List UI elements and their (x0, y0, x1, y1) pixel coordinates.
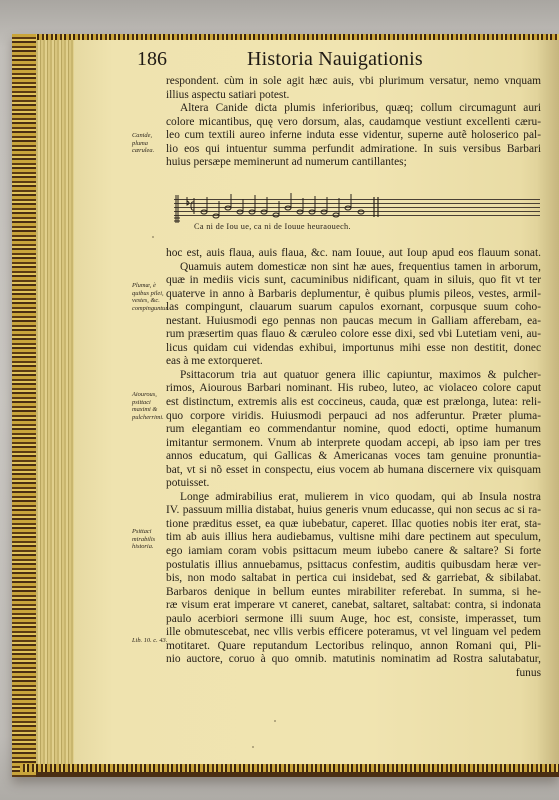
text-line: bat, vt si nõ esset in conspectu, eius v… (166, 464, 541, 478)
catchword: funus (166, 667, 541, 681)
text-line: huius persæpe meminerunt ad numerum cant… (166, 156, 541, 170)
text-line: ræ visum erat imperare vt caneret, caneb… (166, 599, 541, 613)
music-notation: Ca ni de Iou ue, ca ni de Iouue heuraoue… (166, 190, 544, 242)
music-notes-icon (166, 190, 544, 242)
text-block-2: hoc est, auis flaua, auis flaua, &c. nam… (166, 247, 541, 681)
text-line: Longe admirabilius erat, mulierem in vic… (166, 491, 541, 505)
paper-speck (252, 746, 254, 748)
text-line: paulo acerbiori sermone illi suum Auge, … (166, 613, 541, 627)
text-line: Quamuis autem domesticæ non sint hæ aues… (166, 261, 541, 275)
marginal-note: Canide, pluma cærulea. (132, 132, 168, 155)
marginal-note: Psittaci mirabilis historia. (132, 528, 168, 551)
text-line: tione præditus esset, ea quæ iubebatur, … (166, 518, 541, 532)
paper-speck (152, 236, 154, 238)
text-line: annos educatum, qui Gallicas & Americana… (166, 450, 541, 464)
text-line: las compingunt, clauarum suarum capulos … (166, 301, 541, 315)
paper-speck (274, 720, 276, 722)
text-line: hoc est, auis flaua, auis flaua, &c. nam… (166, 247, 541, 261)
text-line: Psittacorum tria aut quatuor genera illi… (166, 369, 541, 383)
text-line: tim ab auis illius hera audiebamus, vult… (166, 531, 541, 545)
text-line: illius aspectu satiari potest. (166, 89, 541, 103)
text-line: lio eos qui intuentur summa perfundit ad… (166, 143, 541, 157)
text-line: quaterve in anno à Barbaris deplumentur,… (166, 288, 541, 302)
marginal-note: Lib. 10. c. 43. (132, 637, 168, 645)
text-block-1: respondent. cùm in sole agit hæc auis, v… (166, 75, 541, 170)
text-line: rum elegantiam eo commendantur nomine, q… (166, 423, 541, 437)
text-line: imitantur sermonem. Vnum ab interprete q… (166, 437, 541, 451)
music-lyrics: Ca ni de Iou ue, ca ni de Iouue heuraoue… (194, 222, 351, 231)
text-line: est distinctum, extremis alis est coccin… (166, 396, 541, 410)
gilt-border-bottom (20, 764, 559, 772)
text-line: Altera Canide dicta plumis inferioribus,… (166, 102, 541, 116)
text-line: nestant. Huiusmodi ego pennas non paucas… (166, 315, 541, 329)
text-line: colore micantibus, quę vero dorsum, alas… (166, 116, 541, 130)
marginal-note: Aiourous, psittaci maximi & pulcherrimi. (132, 391, 168, 421)
page-edges (36, 40, 74, 764)
text-line: quæ in mediis vicis sunt, cacuminibus ni… (166, 274, 541, 288)
book-page: 186 Historia Nauigationis respondent. cù… (74, 40, 559, 764)
text-line: rum præsertim quas flauo & cæruleo color… (166, 328, 541, 342)
text-line: leo cum textili aureo inferne induta ess… (166, 129, 541, 143)
running-title: Historia Nauigationis (247, 48, 423, 71)
text-line: ego iamiam coram vobis psittacum meum iu… (166, 545, 541, 559)
text-line: nio auctore, coruo à quo omnib. matutini… (166, 653, 541, 667)
text-line: Barbaros denique in bellum euntes mirabi… (166, 586, 541, 600)
text-line: quo corpore viridis. Huiusmodi perpauci … (166, 410, 541, 424)
text-line: rimos, Aiourous Barbari nominant. His ru… (166, 382, 541, 396)
text-line: IV. passuum millia distabat, huius gener… (166, 504, 541, 518)
gilt-border-left (12, 34, 36, 777)
text-line: bis, non modo saltabat in pertica cui in… (166, 572, 541, 586)
text-line: postulatis illius annuebamus, psittacus … (166, 559, 541, 573)
text-line: eas à me extorqueret. (166, 355, 541, 369)
marginal-note: Plumæ, è quibus pilei, vestes, &c. compi… (132, 282, 168, 312)
text-line: licus quidam cui videndas exhibui, impor… (166, 342, 541, 356)
text-line: potuisset. (166, 477, 541, 491)
text-line: motitaret. Quare reputandum Lectoribus r… (166, 640, 541, 654)
page-number: 186 (137, 48, 167, 71)
page-header: 186 Historia Nauigationis (137, 48, 537, 72)
text-line: ille obmutescebat, nec vllis verbis effi… (166, 626, 541, 640)
text-line: respondent. cùm in sole agit hæc auis, v… (166, 75, 541, 89)
